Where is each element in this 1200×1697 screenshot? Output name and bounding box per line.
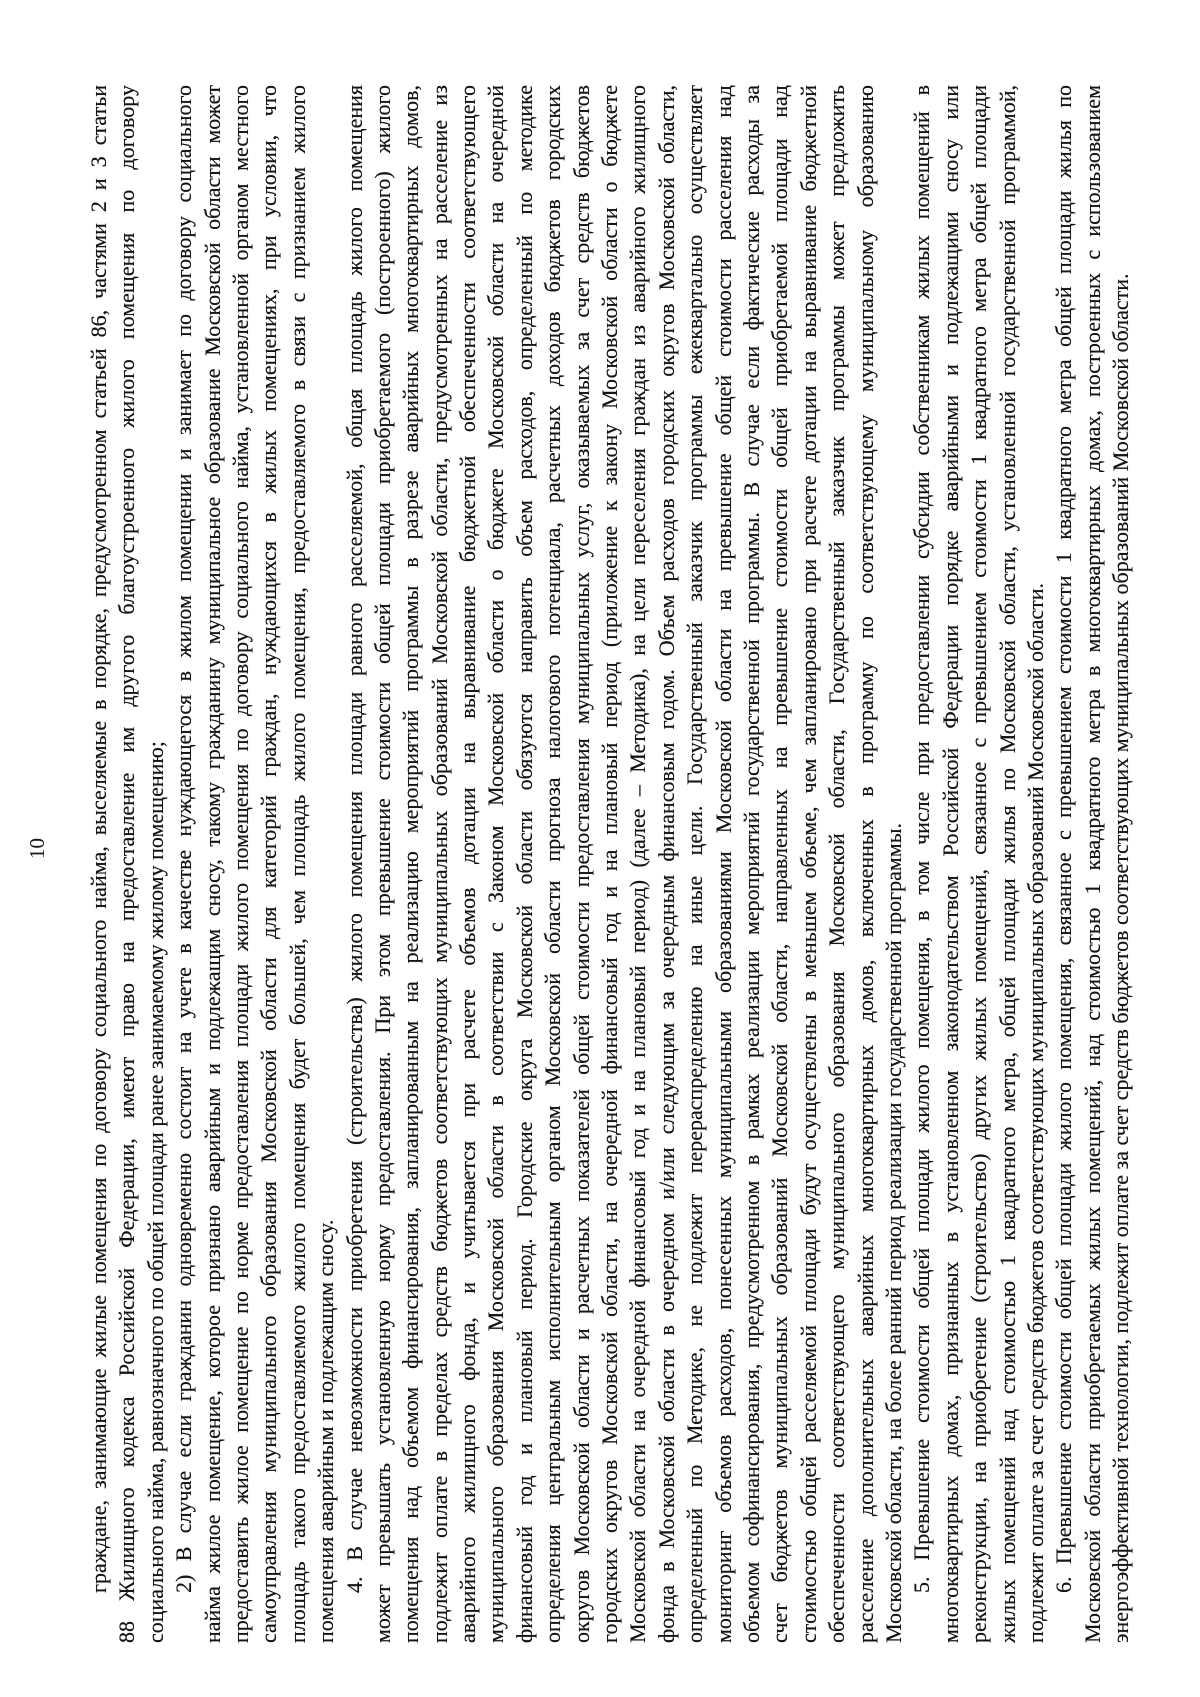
text-line: подлежит оплате за счет средств бюджетов…	[1022, 85, 1050, 1643]
text-line: 88 Жилищного кодекса Российской Федераци…	[113, 85, 141, 1643]
document-body-text: граждане, занимающие жилые помещения по …	[85, 85, 1135, 1643]
text-line: объемом софинансирования, предусмотренно…	[738, 85, 766, 1643]
text-line: подлежит оплате в пределах средств бюдже…	[426, 85, 454, 1643]
text-line: энергоэффективной технологии, подлежит о…	[1107, 85, 1135, 1643]
rotated-page: 10 граждане, занимающие жилые помещения …	[0, 0, 1200, 1697]
text-line: Московской области на очередной финансов…	[624, 85, 652, 1643]
text-line: 4. В случае невозможности приобретения (…	[341, 85, 369, 1643]
text-line: определенный по Методике, не подлежит пе…	[681, 85, 709, 1643]
text-line: площадь такого предоставляемого жилого п…	[284, 85, 312, 1643]
text-line: 6. Превышение стоимости общей площади жи…	[1050, 85, 1078, 1643]
text-line: городских округов Московской области, на…	[596, 85, 624, 1643]
page-number: 10	[26, 0, 48, 1697]
text-line: Московской области, на более ранний пери…	[880, 85, 908, 1643]
text-line: обеспеченности соответствующего муниципа…	[823, 85, 851, 1643]
text-line: мониторинг объемов расходов, понесенных …	[710, 85, 738, 1643]
text-line: самоуправления муниципального образовани…	[255, 85, 283, 1643]
text-line: помещения аварийным и подлежащим сносу.	[312, 85, 340, 1643]
text-line: округов Московской области и расчетных п…	[568, 85, 596, 1643]
text-line: аварийного жилищного фонда, и учитываетс…	[454, 85, 482, 1643]
text-line: многоквартирных домах, признанных в уста…	[937, 85, 965, 1643]
text-line: счет бюджетов муниципальных образований …	[766, 85, 794, 1643]
text-line: может превышать установленную норму пред…	[369, 85, 397, 1643]
text-line: 5. Превышение стоимости общей площади жи…	[908, 85, 936, 1643]
text-line: определения центральным исполнительным о…	[539, 85, 567, 1643]
text-line: расселение дополнительных аварийных мног…	[852, 85, 880, 1643]
text-line: предоставить жилое помещение по норме пр…	[227, 85, 255, 1643]
text-line: социального найма, равнозначного по обще…	[142, 85, 170, 1643]
text-line: муниципального образования Московской об…	[482, 85, 510, 1643]
text-line: найма жилое помещение, которое признано …	[199, 85, 227, 1643]
text-line: граждане, занимающие жилые помещения по …	[85, 85, 113, 1643]
text-line: жилых помещений над стоимостью 1 квадрат…	[994, 85, 1022, 1643]
text-line: Московской области приобретаемых жилых п…	[1079, 85, 1107, 1643]
text-line: фонда в Московской области в очередном и…	[653, 85, 681, 1643]
text-line: финансовый год и плановый период. Городс…	[511, 85, 539, 1643]
text-line: 2) В случае если гражданин одновременно …	[170, 85, 198, 1643]
text-line: реконструкции, на приобретение (строител…	[965, 85, 993, 1643]
scanned-document-page: 10 граждане, занимающие жилые помещения …	[0, 0, 1200, 1697]
text-line: помещения над объемом финансирования, за…	[397, 85, 425, 1643]
text-line: стоимостью общей расселяемой площади буд…	[795, 85, 823, 1643]
